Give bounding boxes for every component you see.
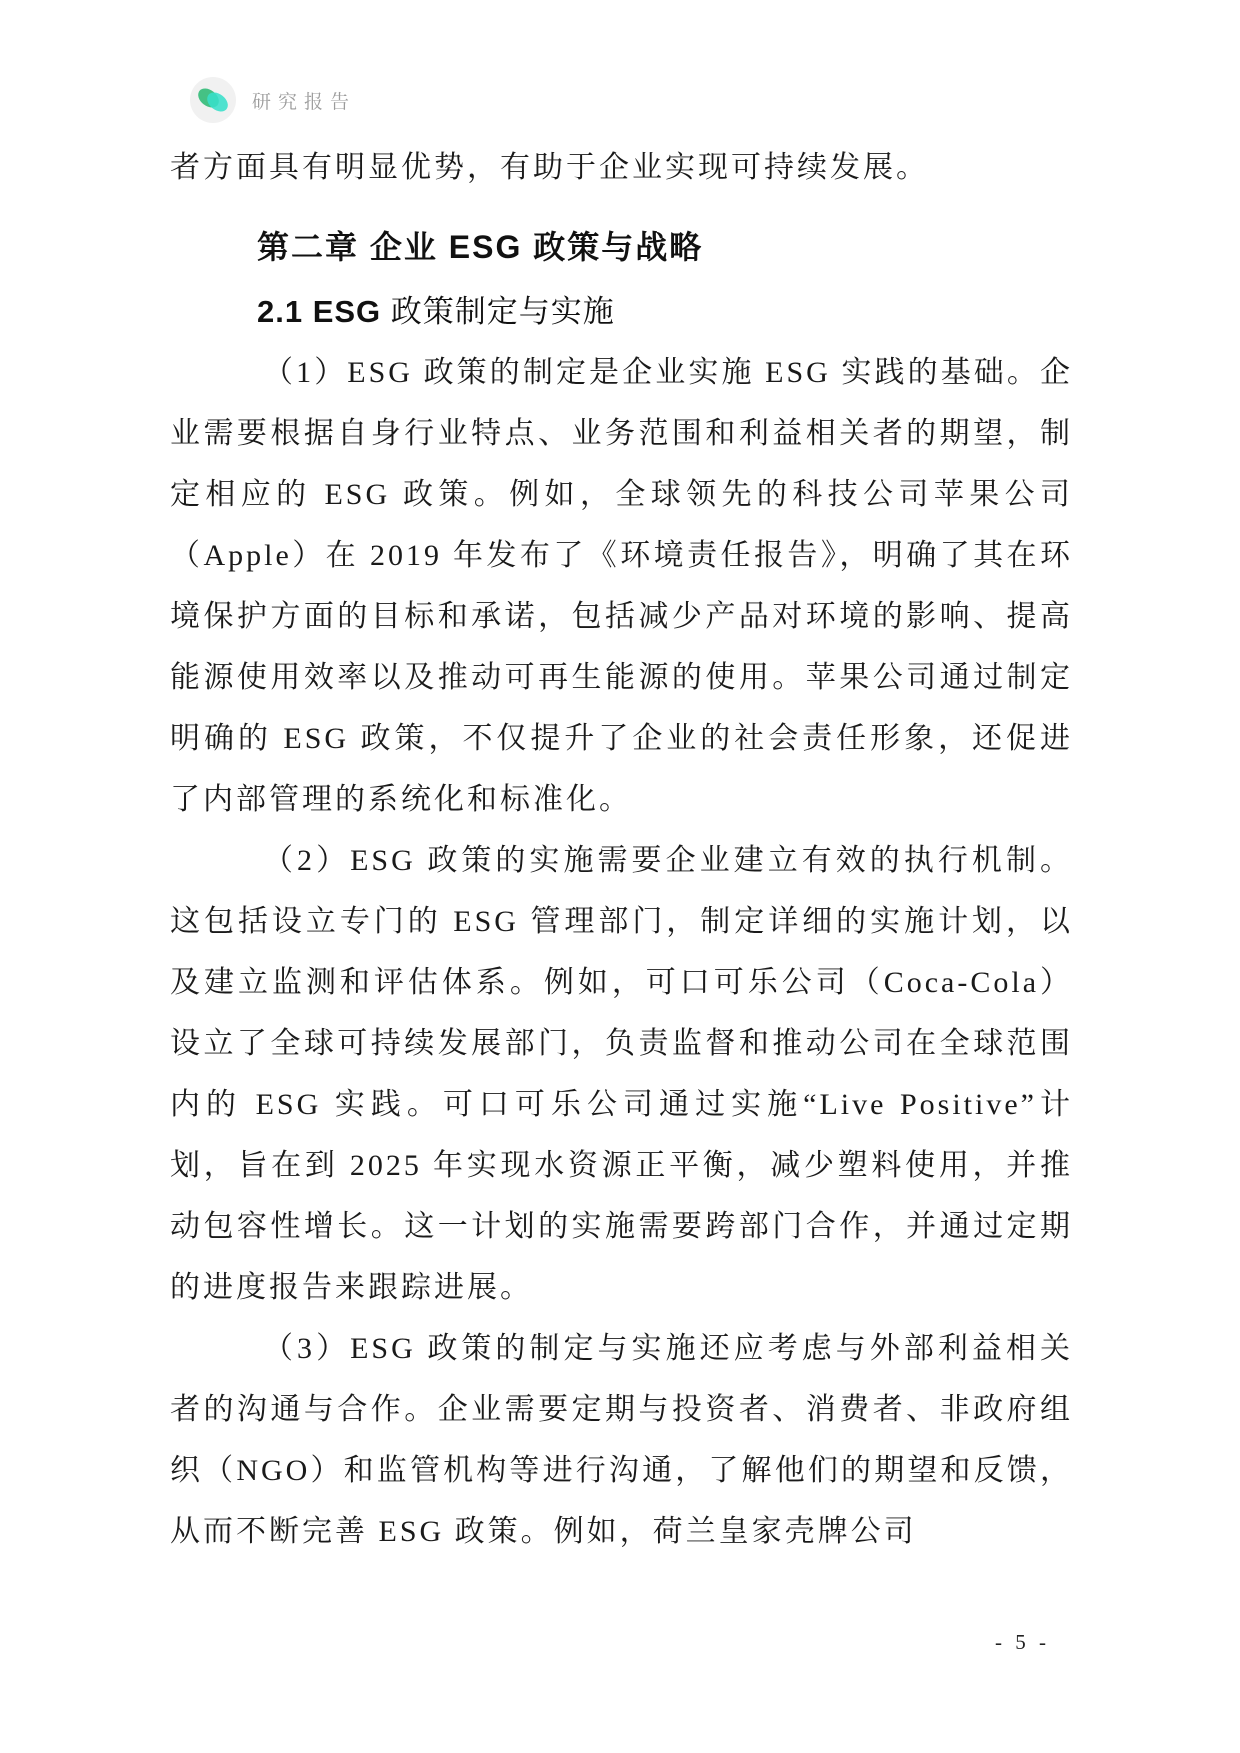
document-page: 研究报告 者方面具有明显优势，有助于企业实现可持续发展。 第二章 企业 ESG …	[0, 0, 1240, 1753]
paragraph-2: （2）ESG 政策的实施需要企业建立有效的执行机制。这包括设立专门的 ESG 管…	[170, 830, 1073, 1318]
section-heading: 2.1 ESG 政策制定与实施	[257, 281, 1073, 342]
page-header: 研究报告	[190, 77, 356, 123]
document-body: 者方面具有明显优势，有助于企业实现可持续发展。 第二章 企业 ESG 政策与战略…	[170, 137, 1073, 1562]
section-heading-title: 政策制定与实施	[391, 294, 615, 329]
brand-text: 研究报告	[252, 87, 356, 114]
paragraph-3: （3）ESG 政策的制定与实施还应考虑与外部利益相关者的沟通与合作。企业需要定期…	[170, 1318, 1073, 1562]
paragraph-continuation: 者方面具有明显优势，有助于企业实现可持续发展。	[170, 137, 1073, 198]
page-footer: - 5 -	[995, 1630, 1050, 1655]
page-number: - 5 -	[995, 1630, 1050, 1654]
section-heading-number: 2.1 ESG	[257, 294, 391, 329]
chapter-heading: 第二章 企业 ESG 政策与战略	[257, 217, 1073, 278]
paragraph-1: （1）ESG 政策的制定是企业实施 ESG 实践的基础。企业需要根据自身行业特点…	[170, 342, 1073, 830]
brand-logo-icon	[190, 77, 236, 123]
